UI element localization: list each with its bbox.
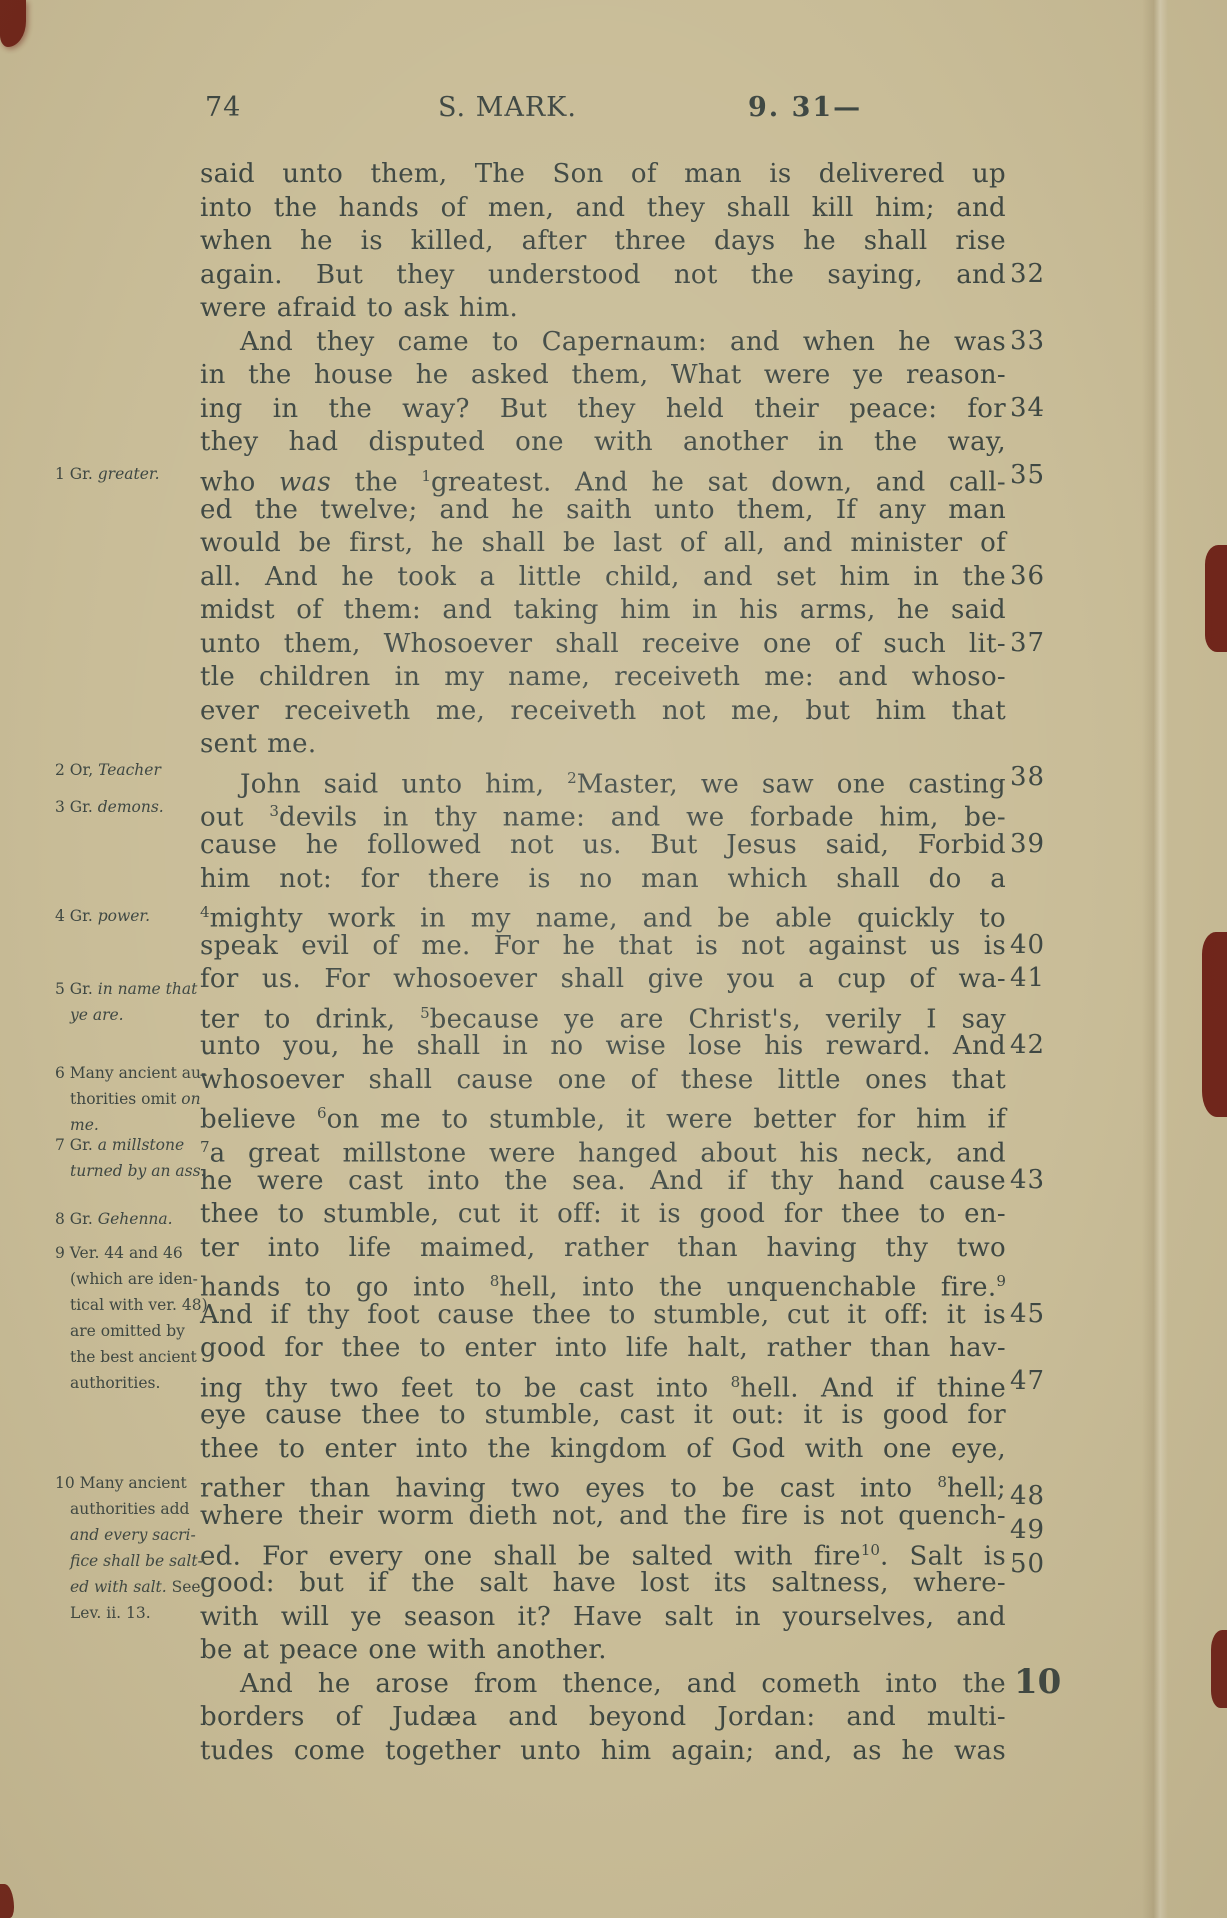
- text-segment: for us. For whosoever shall give you a c…: [200, 964, 1006, 994]
- text-segment: were afraid to ask him.: [200, 293, 518, 323]
- margin-note-line: turned by an ass.: [70, 1158, 207, 1184]
- text-segment: tle children in my name, receiveth me: a…: [200, 662, 1006, 692]
- text-line: said unto them, The Son of man is delive…: [200, 158, 1006, 190]
- text-segment: into the hands of men, and they shall ki…: [200, 193, 1006, 223]
- text-segment: 7 Gr.: [55, 1136, 98, 1154]
- margin-note-line: 5 Gr. in name that: [70, 976, 207, 1002]
- verse-number: 35: [1010, 460, 1045, 490]
- margin-note: 10 Many ancientauthorities addand every …: [55, 1470, 207, 1626]
- verse-number: 50: [1010, 1549, 1045, 1579]
- text-segment: speak evil of me. For he that is not aga…: [200, 931, 1006, 961]
- chapter-number: 10: [1014, 1662, 1061, 1702]
- text-segment: all. And he took a little child, and set…: [200, 562, 1006, 592]
- verse-number: 43: [1010, 1165, 1045, 1195]
- text-line: into the hands of men, and they shall ki…: [200, 192, 1006, 224]
- text-line: good for thee to enter into life halt, r…: [200, 1332, 1006, 1364]
- text-segment: on: [181, 1090, 200, 1108]
- text-segment: tical with ver. 48): [70, 1296, 208, 1314]
- text-line: for us. For whosoever shall give you a c…: [200, 963, 1006, 995]
- fore-edge-stain-middle: [1202, 932, 1227, 1117]
- text-segment: cause he followed not us. But Jesus said…: [200, 830, 1006, 860]
- footnote-marker: 8: [731, 1373, 741, 1391]
- text-segment: 6 Many ancient au-: [55, 1064, 206, 1082]
- margin-note-line: ed with salt. See: [70, 1574, 207, 1600]
- margin-note-line: 8 Gr. Gehenna.: [70, 1206, 207, 1232]
- text-segment: demons.: [98, 798, 164, 816]
- header-chapter-verse-reference: 9. 31—: [748, 92, 862, 123]
- text-line: midst of them: and taking him in his arm…: [200, 594, 1006, 626]
- text-line: eye cause thee to stumble, cast it out: …: [200, 1399, 1006, 1431]
- text-line: in the house he asked them, What were ye…: [200, 359, 1006, 391]
- footnote-marker: 1: [421, 467, 431, 485]
- text-segment: thee to stumble, cut it off: it is good …: [200, 1199, 1006, 1229]
- margin-note-line: fice shall be salt-: [70, 1548, 207, 1574]
- text-line: all. And he took a little child, and set…: [200, 561, 1006, 593]
- text-segment: ye are.: [70, 1006, 124, 1024]
- text-segment: good for thee to enter into life halt, r…: [200, 1333, 1006, 1363]
- verse-number: 37: [1010, 628, 1045, 658]
- text-segment: said unto them, The Son of man is delive…: [200, 159, 1006, 189]
- text-line: be at peace one with another.: [200, 1634, 1006, 1666]
- verse-number: 48: [1010, 1481, 1045, 1511]
- text-segment: Teacher: [98, 761, 161, 779]
- text-segment: midst of them: and taking him in his arm…: [200, 595, 1006, 625]
- text-line: unto them, Whosoever shall receive one o…: [200, 628, 1006, 660]
- text-segment: eye cause thee to stumble, cast it out: …: [200, 1400, 1006, 1430]
- text-segment: unto you, he shall in no wise lose his r…: [200, 1031, 1006, 1061]
- text-segment: ter into life maimed, rather than having…: [200, 1233, 1006, 1263]
- text-segment: the best ancient: [70, 1348, 197, 1366]
- text-line: ed the twelve; and he saith unto them, I…: [200, 494, 1006, 526]
- footnote-marker: 5: [420, 1004, 430, 1022]
- text-line: were afraid to ask him.: [200, 292, 1006, 324]
- text-line: they had disputed one with another in th…: [200, 426, 1006, 458]
- text-segment: in the house he asked them, What were ye…: [200, 360, 1006, 390]
- header-book-title: S. MARK.: [438, 92, 577, 123]
- text-segment: him not: for there is no man which shall…: [200, 864, 1006, 894]
- text-segment: Gehenna.: [98, 1210, 173, 1228]
- text-line: And he arose from thence, and cometh int…: [200, 1668, 1006, 1700]
- margin-note-line: 4 Gr. power.: [70, 903, 207, 929]
- text-line: unto you, he shall in no wise lose his r…: [200, 1030, 1006, 1062]
- text-segment: sent me.: [200, 729, 316, 759]
- text-segment: power.: [98, 907, 150, 925]
- verse-number: 42: [1010, 1030, 1045, 1060]
- margin-note-line: 7 Gr. a millstone: [70, 1132, 207, 1158]
- text-line: ever receiveth me, receiveth not me, but…: [200, 695, 1006, 727]
- text-line: tudes come together unto him again; and,…: [200, 1735, 1006, 1767]
- margin-note-line: thorities omit on: [70, 1086, 207, 1112]
- text-line: sent me.: [200, 728, 1006, 760]
- verse-number: 36: [1010, 561, 1045, 591]
- text-segment: be at peace one with another.: [200, 1635, 607, 1665]
- text-segment: a millstone: [98, 1136, 184, 1154]
- text-segment: fice shall be salt-: [70, 1552, 203, 1570]
- margin-note-line: tical with ver. 48): [70, 1292, 207, 1318]
- margin-note-line: the best ancient: [70, 1344, 207, 1370]
- margin-note-line: are omitted by: [70, 1318, 207, 1344]
- text-segment: And they came to Capernaum: and when he …: [240, 327, 1006, 357]
- text-line: whosoever shall cause one of these littl…: [200, 1064, 1006, 1096]
- text-segment: when he is killed, after three days he s…: [200, 226, 1006, 256]
- text-segment: thee to enter into the kingdom of God wi…: [200, 1434, 1006, 1464]
- text-segment: ing in the way? But they held their peac…: [200, 394, 1006, 424]
- margin-note: 2 Or, Teacher: [55, 757, 207, 783]
- text-segment: See: [167, 1578, 201, 1596]
- text-segment: whosoever shall cause one of these littl…: [200, 1065, 1006, 1095]
- text-segment: (which are iden-: [70, 1270, 198, 1288]
- margin-note: 5 Gr. in name thatye are.: [55, 976, 207, 1028]
- margin-note-line: 6 Many ancient au-: [70, 1060, 207, 1086]
- text-line: good: but if the salt have lost its salt…: [200, 1567, 1006, 1599]
- margin-note: 9 Ver. 44 and 46(which are iden-tical wi…: [55, 1240, 207, 1396]
- text-segment: greater.: [98, 465, 160, 483]
- verse-number: 34: [1010, 393, 1045, 423]
- text-segment: ed the twelve; and he saith unto them, I…: [200, 495, 1006, 525]
- margin-note-line: authorities add: [70, 1496, 207, 1522]
- text-line: cause he followed not us. But Jesus said…: [200, 829, 1006, 861]
- text-line: And they came to Capernaum: and when he …: [200, 326, 1006, 358]
- text-line: thee to stumble, cut it off: it is good …: [200, 1198, 1006, 1230]
- margin-note-line: (which are iden-: [70, 1266, 207, 1292]
- margin-note: 4 Gr. power.: [55, 903, 207, 929]
- margin-note-line: 10 Many ancient: [70, 1470, 207, 1496]
- margin-note-line: 2 Or, Teacher: [70, 757, 207, 783]
- text-line: And if thy foot cause thee to stumble, c…: [200, 1299, 1006, 1331]
- margin-note-line: ye are.: [70, 1002, 207, 1028]
- text-line: again. But they understood not the sayin…: [200, 259, 1006, 291]
- fore-edge-stain-upper: [1205, 545, 1227, 652]
- text-line: would be first, he shall be last of all,…: [200, 527, 1006, 559]
- text-line: thee to enter into the kingdom of God wi…: [200, 1433, 1006, 1465]
- text-line: ter into life maimed, rather than having…: [200, 1232, 1006, 1264]
- footnote-marker: 3: [269, 802, 279, 820]
- text-segment: turned by an ass.: [70, 1162, 205, 1180]
- text-segment: ever receiveth me, receiveth not me, but…: [200, 696, 1006, 726]
- text-segment: 10 Many ancient: [55, 1474, 187, 1492]
- text-segment: borders of Judæa and beyond Jordan: and …: [200, 1702, 1006, 1732]
- ink-stain-bottom-left: [0, 1884, 14, 1918]
- text-segment: 2 Or,: [55, 761, 98, 779]
- page-edge-crease: [1142, 0, 1168, 1918]
- verse-number: 32: [1010, 259, 1045, 289]
- book-page-scan: 74 S. MARK. 9. 31— said unto them, The S…: [0, 0, 1227, 1918]
- text-segment: tudes come together unto him again; and,…: [200, 1736, 1006, 1766]
- text-segment: with will ye season it? Have salt in you…: [200, 1602, 1006, 1632]
- text-segment: thorities omit: [70, 1090, 181, 1108]
- text-line: he were cast into the sea. And if thy ha…: [200, 1165, 1006, 1197]
- verse-number: 38: [1010, 762, 1045, 792]
- text-segment: authorities add: [70, 1500, 189, 1518]
- footnote-marker: 6: [317, 1104, 327, 1122]
- footnote-marker: 2: [567, 769, 577, 787]
- text-segment: 9 Ver. 44 and 46: [55, 1244, 183, 1262]
- margin-note: 6 Many ancient au-thorities omit onme.: [55, 1060, 207, 1138]
- text-segment: and every sacri-: [70, 1526, 196, 1544]
- margin-note-line: authorities.: [70, 1370, 207, 1396]
- verse-number: 45: [1010, 1299, 1045, 1329]
- text-segment: in name that: [98, 980, 198, 998]
- margin-note: 7 Gr. a millstoneturned by an ass.: [55, 1132, 207, 1184]
- text-segment: Lev. ii. 13.: [70, 1604, 151, 1622]
- footnote-marker: 8: [490, 1272, 500, 1290]
- verse-number: 39: [1010, 829, 1045, 859]
- verse-number: 49: [1010, 1515, 1045, 1545]
- text-segment: 3 Gr.: [55, 798, 98, 816]
- text-segment: ed with salt.: [70, 1578, 167, 1596]
- text-segment: 1 Gr.: [55, 465, 98, 483]
- text-line: where their worm dieth not, and the fire…: [200, 1500, 1006, 1532]
- margin-note-line: and every sacri-: [70, 1522, 207, 1548]
- footnote-marker: 8: [937, 1473, 947, 1491]
- footnote-marker: 10: [861, 1541, 880, 1559]
- text-line: him not: for there is no man which shall…: [200, 863, 1006, 895]
- text-line: borders of Judæa and beyond Jordan: and …: [200, 1701, 1006, 1733]
- text-segment: again. But they understood not the sayin…: [200, 260, 1006, 290]
- text-line: with will ye season it? Have salt in you…: [200, 1601, 1006, 1633]
- verse-number: 33: [1010, 326, 1045, 356]
- margin-note: 1 Gr. greater.: [55, 461, 207, 487]
- text-segment: unto them, Whosoever shall receive one o…: [200, 629, 1006, 659]
- margin-note-line: 3 Gr. demons.: [70, 794, 207, 820]
- header-page-number: 74: [205, 92, 241, 123]
- text-segment: they had disputed one with another in th…: [200, 427, 1006, 457]
- text-segment: are omitted by: [70, 1322, 185, 1340]
- text-segment: where their worm dieth not, and the fire…: [200, 1501, 1006, 1531]
- ink-stain-top-left: [0, 0, 26, 47]
- verse-number: 41: [1010, 963, 1045, 993]
- margin-note-line: 9 Ver. 44 and 46: [70, 1240, 207, 1266]
- margin-note-line: 1 Gr. greater.: [70, 461, 207, 487]
- verse-number: 47: [1010, 1366, 1045, 1396]
- text-segment: would be first, he shall be last of all,…: [200, 528, 1006, 558]
- text-segment: good: but if the salt have lost its salt…: [200, 1568, 1006, 1598]
- text-segment: And if thy foot cause thee to stumble, c…: [200, 1300, 1006, 1330]
- text-segment: And he arose from thence, and cometh int…: [240, 1669, 1006, 1699]
- text-line: ing in the way? But they held their peac…: [200, 393, 1006, 425]
- text-line: when he is killed, after three days he s…: [200, 225, 1006, 257]
- text-line: speak evil of me. For he that is not aga…: [200, 930, 1006, 962]
- text-segment: he were cast into the sea. And if thy ha…: [200, 1166, 1006, 1196]
- margin-note: 8 Gr. Gehenna.: [55, 1206, 207, 1232]
- text-segment: 8 Gr.: [55, 1210, 98, 1228]
- verse-number: 40: [1010, 930, 1045, 960]
- footnote-marker: 9: [996, 1272, 1006, 1290]
- text-line: tle children in my name, receiveth me: a…: [200, 661, 1006, 693]
- fore-edge-stain-lower: [1211, 1630, 1227, 1708]
- text-segment: authorities.: [70, 1374, 160, 1392]
- margin-note: 3 Gr. demons.: [55, 794, 207, 820]
- text-segment: 4 Gr.: [55, 907, 98, 925]
- margin-note-line: Lev. ii. 13.: [70, 1600, 207, 1626]
- text-segment: 5 Gr.: [55, 980, 98, 998]
